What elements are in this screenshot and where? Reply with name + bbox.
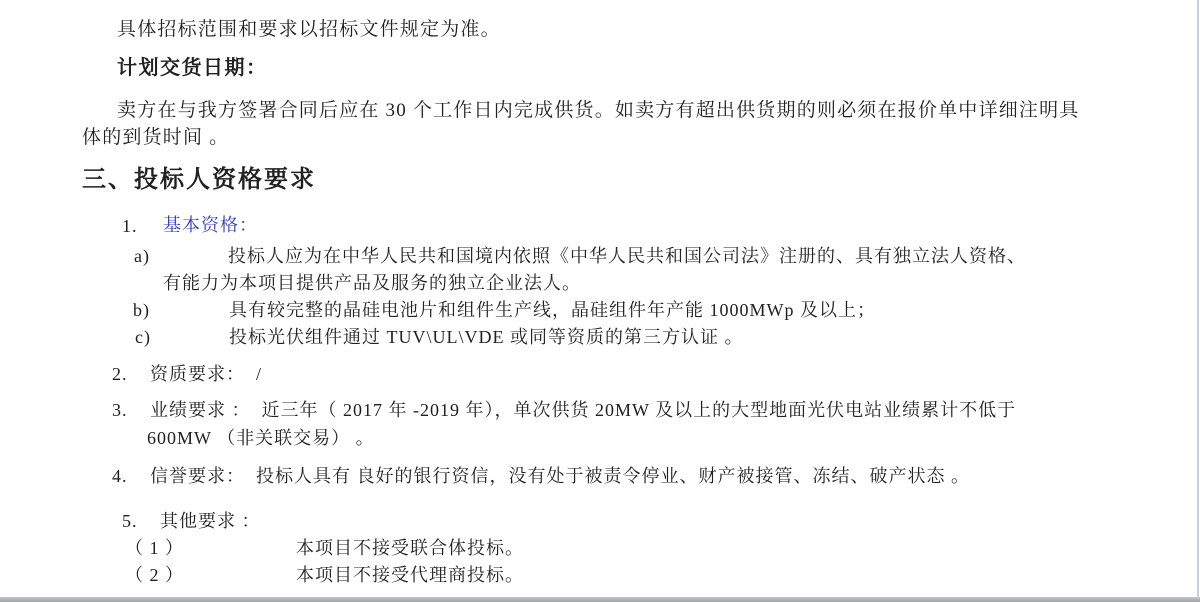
item3-line-1: 业绩要求 ： 近三年（ 2017 年 -2019 年），单次供货 20MW 及以… (150, 400, 1016, 422)
page-right-edge-line (1197, 0, 1199, 602)
item5-number: 5. (122, 511, 138, 533)
item1-label: 基本资格： (163, 215, 258, 237)
item1b-text: 具有较完整的晶硅电池片和组件生产线，晶硅组件年产能 1000MWp 及以上； (229, 300, 876, 322)
item1c-marker: c) (135, 327, 151, 349)
item4-text: 信誉要求： 投标人具有 良好的银行资信，没有处于被责令停业、财产被接管、冻结、破… (150, 466, 970, 488)
item1-number: 1. (122, 216, 138, 238)
intro-line: 具体招标范围和要求以招标文件规定为准。 (117, 19, 501, 42)
section-heading: 三、投标人资格要求 (82, 166, 316, 195)
item1b-marker: b) (133, 300, 150, 322)
sub-item1-text: 本项目不接受联合体投标。 (296, 538, 524, 560)
sub-item1-marker: （ 1 ） (125, 538, 184, 560)
item2-text: 资质要求： / (150, 364, 262, 386)
sub-item2-text: 本项目不接受代理商投标。 (296, 565, 524, 587)
item1a-line-1: 投标人应为在中华人民共和国境内依照《中华人民共和国公司法》注册的、具有独立法人资… (228, 246, 1026, 268)
page-bottom-edge-bar (0, 597, 1200, 602)
item3-line-2: 600MW （非关联交易） 。 (147, 428, 375, 450)
document-page: 具体招标范围和要求以招标文件规定为准。 计划交货日期： 卖方在与我方签署合同后应… (0, 0, 1200, 602)
sub-item2-marker: （ 2 ） (125, 565, 184, 587)
delivery-paragraph-line-1: 卖方在与我方签署合同后应在 30 个工作日内完成供货。如卖方有超出供货期的则必须… (117, 100, 1080, 123)
item4-number: 4. (112, 466, 128, 488)
item1a-marker: a) (134, 246, 150, 268)
item1a-line-2: 有能力为本项目提供产品及服务的独立企业法人。 (163, 273, 581, 295)
delivery-paragraph-line-2: 体的到货时间 。 (82, 127, 229, 150)
item5-text: 其他要求 ： (160, 511, 261, 533)
item1c-text: 投标光伏组件通过 TUV\UL\VDE 或同等资质的第三方认证 。 (229, 327, 743, 349)
item3-number: 3. (112, 400, 128, 422)
delivery-date-heading: 计划交货日期： (117, 56, 268, 80)
item2-number: 2. (112, 364, 128, 386)
